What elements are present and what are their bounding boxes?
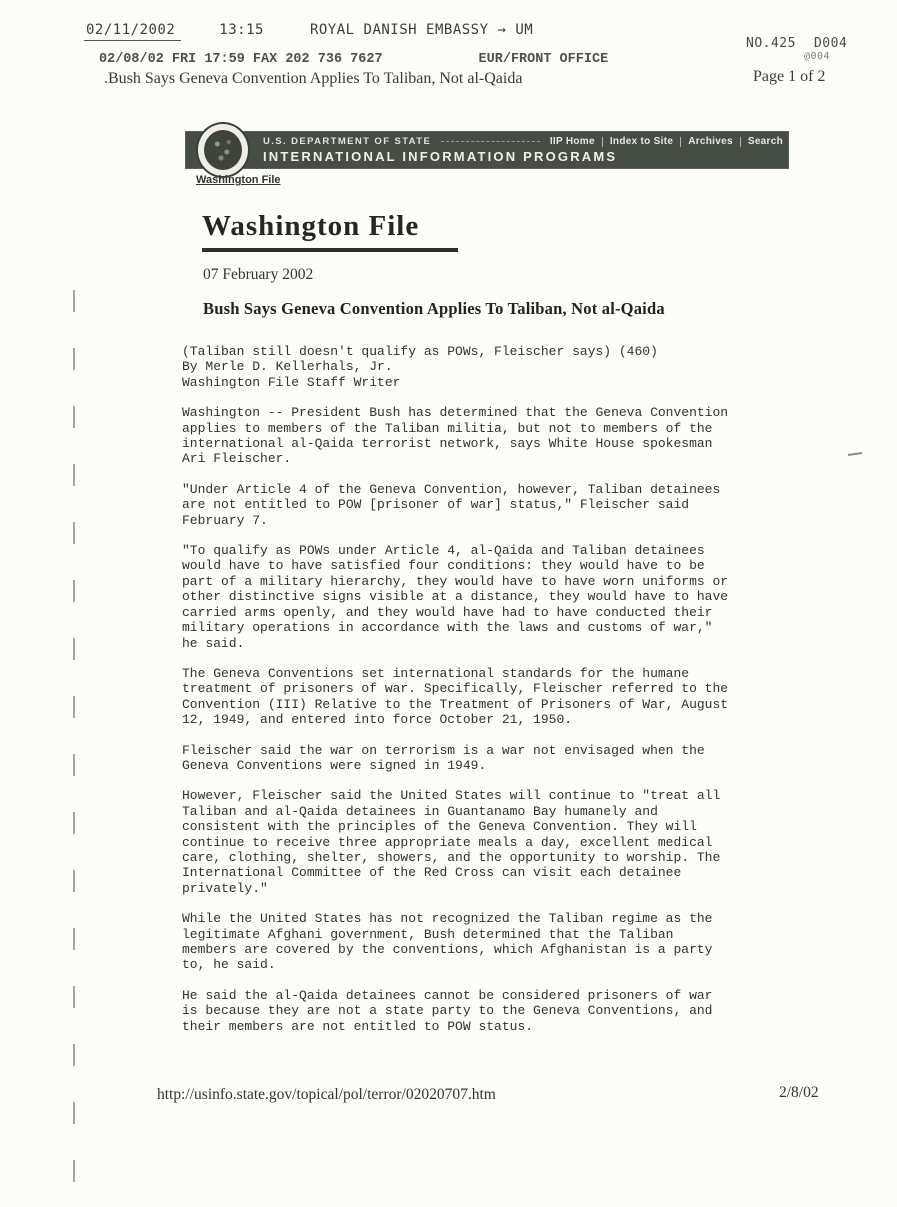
fax-received-time: 13:15 (219, 22, 264, 38)
program-title: INTERNATIONAL INFORMATION PROGRAMS (263, 149, 617, 164)
fax-sent-line: 02/08/02 FRI 17:59 FAX 202 736 7627 (99, 52, 383, 67)
paragraph: However, Fleischer said the United State… (182, 788, 782, 896)
fax-stamp: D004 (814, 36, 847, 51)
paragraph-byline: (Taliban still doesn't qualify as POWs, … (182, 344, 782, 390)
source-url: http://usinfo.state.gov/topical/pol/terr… (157, 1086, 496, 1104)
paragraph: While the United States has not recogniz… (182, 911, 782, 973)
nav-separator (740, 137, 741, 147)
fax-received-date: 02/11/2002 (84, 22, 181, 41)
banner-divider-rule (441, 141, 540, 142)
fax-sender: ROYAL DANISH EMBASSY → UM (310, 22, 533, 38)
scan-artifact-dash (848, 452, 862, 456)
page-indicator: Page 1 of 2 (753, 68, 825, 86)
scan-artifact-left-line (73, 290, 75, 1207)
fax-header-line2: 02/08/02 FRI 17:59 FAX 202 736 7627 EUR/… (99, 52, 608, 67)
paragraph: The Geneva Conventions set international… (182, 666, 782, 728)
article-body: (Taliban still doesn't qualify as POWs, … (182, 344, 782, 1049)
fax-office: EUR/FRONT OFFICE (479, 52, 609, 67)
article-date: 07 February 2002 (203, 266, 313, 284)
masthead-title: Washington File (202, 210, 458, 243)
nav-link-iip-home[interactable]: IIP Home (550, 136, 595, 147)
fax-number-block: NO.425 D004 @004 (746, 36, 847, 62)
fax-number: NO.425 (746, 36, 796, 51)
paragraph: Washington -- President Bush has determi… (182, 405, 782, 467)
masthead-block: Washington File (202, 210, 458, 252)
paragraph: "Under Article 4 of the Geneva Conventio… (182, 482, 782, 528)
fax-stamp-secondary: @004 (804, 51, 847, 62)
nav-separator (680, 137, 681, 147)
department-title: U.S. DEPARTMENT OF STATE (263, 136, 431, 147)
paragraph: "To qualify as POWs under Article 4, al-… (182, 543, 782, 651)
fax-document-title: .Bush Says Geneva Convention Applies To … (104, 70, 522, 88)
nav-separator (602, 137, 603, 147)
nav-link-index-to-site[interactable]: Index to Site (610, 136, 673, 147)
washington-file-link[interactable]: Washington File (196, 174, 281, 186)
article-headline: Bush Says Geneva Convention Applies To T… (203, 299, 665, 319)
nav-link-search[interactable]: Search (748, 136, 783, 147)
nav-link-archives[interactable]: Archives (688, 136, 733, 147)
state-department-seal-icon (198, 124, 248, 176)
state-department-banner: U.S. DEPARTMENT OF STATE IIP Home Index … (185, 131, 789, 169)
footer-print-date: 2/8/02 (779, 1084, 819, 1102)
fax-header-line1: 02/11/2002 13:15 ROYAL DANISH EMBASSY → … (84, 22, 837, 41)
paragraph: He said the al-Qaida detainees cannot be… (182, 988, 782, 1034)
paragraph: Fleischer said the war on terrorism is a… (182, 743, 782, 774)
banner-nav: IIP Home Index to Site Archives Search (550, 136, 783, 147)
